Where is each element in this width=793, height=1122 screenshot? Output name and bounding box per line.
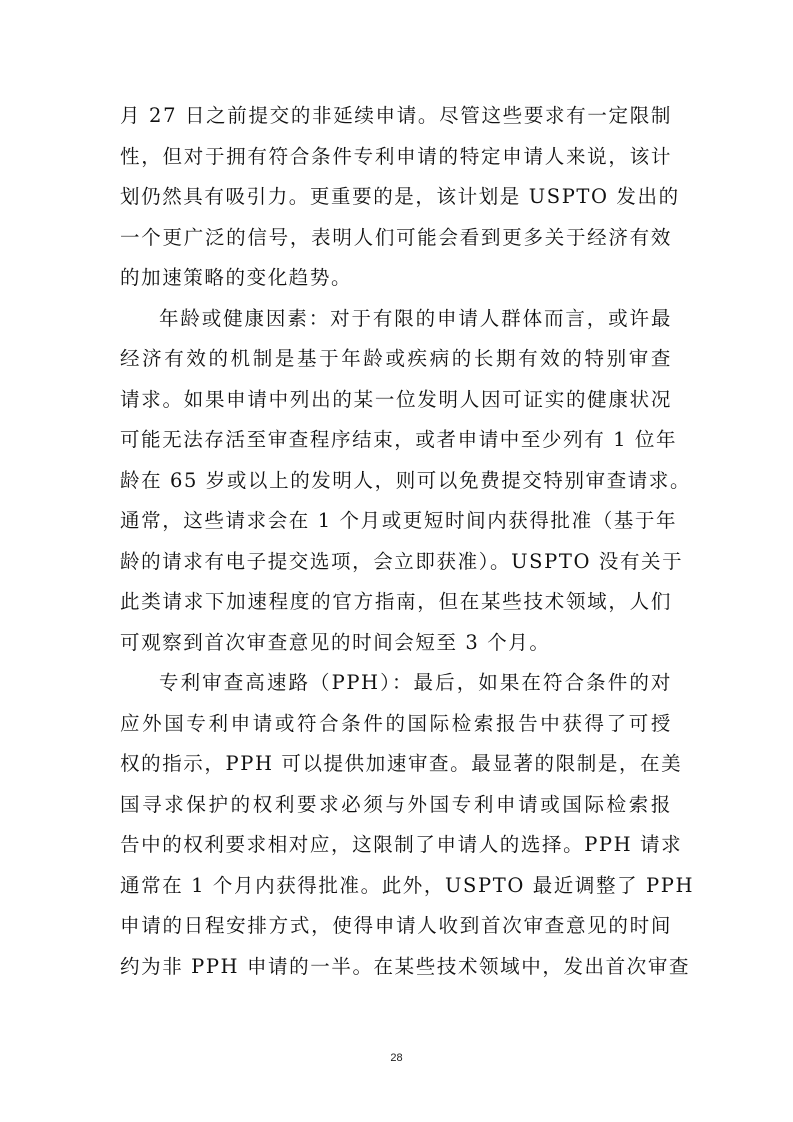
- text-line: 申请的日程安排方式，使得申请人收到首次审查意见的时间: [120, 906, 672, 947]
- text-line: 可能无法存活至审查程序结束，或者申请中至少列有 1 位年: [120, 420, 672, 461]
- paragraph-pph: 专利审查高速路（PPH）：最后，如果在符合条件的对 应外国专利申请或符合条件的国…: [120, 663, 672, 987]
- text-line: 的加速策略的变化趋势。: [120, 258, 672, 299]
- text-line: 权的指示，PPH 可以提供加速审查。最显著的限制是，在美: [120, 744, 672, 785]
- text-line: 通常，这些请求会在 1 个月或更短时间内获得批准（基于年: [120, 501, 672, 542]
- text-line: 一个更广泛的信号，表明人们可能会看到更多关于经济有效: [120, 218, 672, 259]
- text-line: 约为非 PPH 申请的一半。在某些技术领域中，发出首次审查: [120, 947, 672, 988]
- text-line: 龄的请求有电子提交选项，会立即获准）。USPTO 没有关于: [120, 542, 672, 583]
- text-line: 专利审查高速路（PPH）：最后，如果在符合条件的对: [120, 663, 672, 704]
- text-line: 月 27 日之前提交的非延续申请。尽管这些要求有一定限制: [120, 96, 672, 137]
- paragraph-age-health: 年龄或健康因素：对于有限的申请人群体而言，或许最 经济有效的机制是基于年龄或疾病…: [120, 299, 672, 664]
- paragraph-continuation: 月 27 日之前提交的非延续申请。尽管这些要求有一定限制 性，但对于拥有符合条件…: [120, 96, 672, 299]
- text-line: 经济有效的机制是基于年龄或疾病的长期有效的特别审查: [120, 339, 672, 380]
- text-line: 划仍然具有吸引力。更重要的是，该计划是 USPTO 发出的: [120, 177, 672, 218]
- text-line: 年龄或健康因素：对于有限的申请人群体而言，或许最: [120, 299, 672, 340]
- text-line: 请求。如果申请中列出的某一位发明人因可证实的健康状况: [120, 380, 672, 421]
- text-line: 国寻求保护的权利要求必须与外国专利申请或国际检索报: [120, 785, 672, 826]
- page-number: 28: [0, 1052, 793, 1064]
- text-line: 性，但对于拥有符合条件专利申请的特定申请人来说，该计: [120, 137, 672, 178]
- text-line: 应外国专利申请或符合条件的国际检索报告中获得了可授: [120, 704, 672, 745]
- text-line: 可观察到首次审查意见的时间会短至 3 个月。: [120, 623, 672, 664]
- text-line: 龄在 65 岁或以上的发明人，则可以免费提交特别审查请求。: [120, 461, 672, 502]
- body-text: 月 27 日之前提交的非延续申请。尽管这些要求有一定限制 性，但对于拥有符合条件…: [120, 96, 672, 987]
- text-line: 告中的权利要求相对应，这限制了申请人的选择。PPH 请求: [120, 825, 672, 866]
- text-line: 通常在 1 个月内获得批准。此外，USPTO 最近调整了 PPH: [120, 866, 672, 907]
- text-line: 此类请求下加速程度的官方指南，但在某些技术领域，人们: [120, 582, 672, 623]
- document-page: 月 27 日之前提交的非延续申请。尽管这些要求有一定限制 性，但对于拥有符合条件…: [0, 0, 793, 1122]
